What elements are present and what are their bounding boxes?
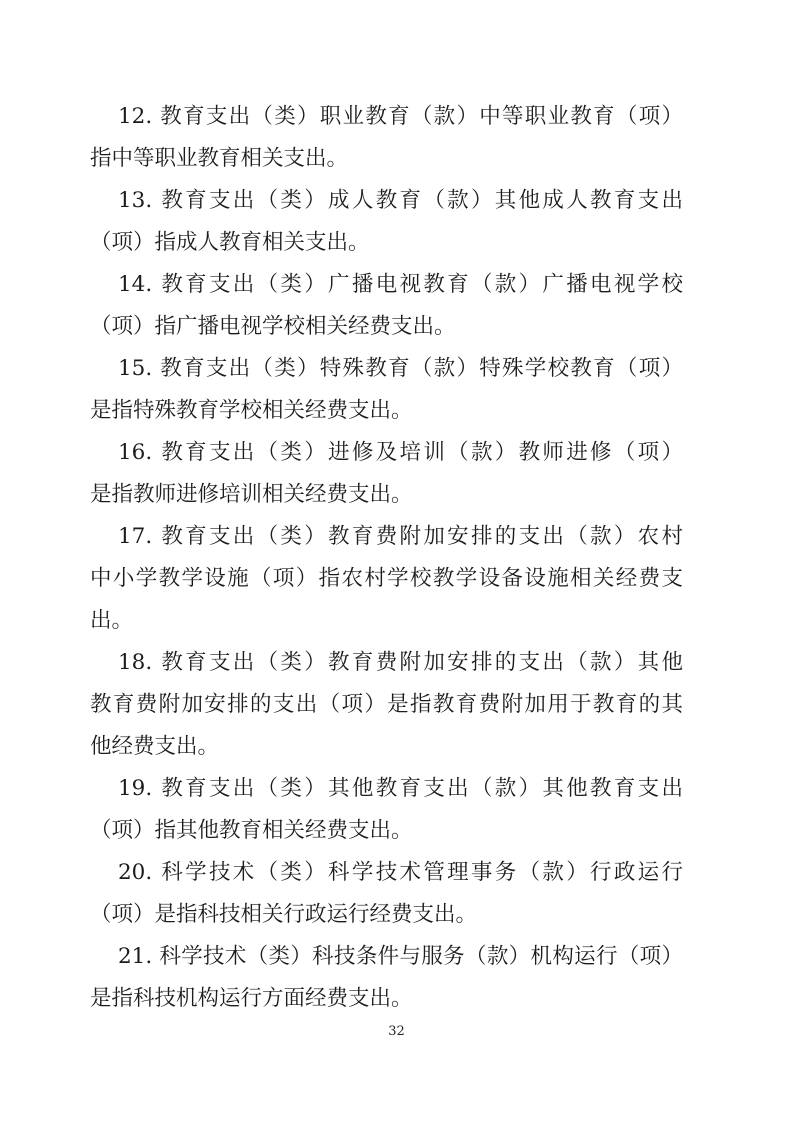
text-line: 16. 教育支出（类）进修及培训（款）教师进修（项） — [90, 432, 683, 474]
paragraph-13: 13. 教育支出（类）成人教育（款）其他成人教育支出 （项）指成人教育相关支出。 — [90, 180, 683, 264]
text-line: 教育费附加安排的支出（项）是指教育费附加用于教育的其 — [90, 684, 683, 726]
text-line: 出。 — [90, 600, 683, 642]
page-number: 32 — [0, 1022, 793, 1042]
text-line: 是指特殊教育学校相关经费支出。 — [90, 390, 683, 432]
text-line: 17. 教育支出（类）教育费附加安排的支出（款）农村 — [90, 516, 683, 558]
paragraph-14: 14. 教育支出（类）广播电视教育（款）广播电视学校 （项）指广播电视学校相关经… — [90, 264, 683, 348]
text-line: 21. 科学技术（类）科技条件与服务（款）机构运行（项） — [90, 936, 683, 978]
text-line: 14. 教育支出（类）广播电视教育（款）广播电视学校 — [90, 264, 683, 306]
paragraph-21: 21. 科学技术（类）科技条件与服务（款）机构运行（项） 是指科技机构运行方面经… — [90, 936, 683, 1020]
paragraph-12: 12. 教育支出（类）职业教育（款）中等职业教育（项） 指中等职业教育相关支出。 — [90, 96, 683, 180]
text-line: （项）指其他教育相关经费支出。 — [90, 810, 683, 852]
paragraph-19: 19. 教育支出（类）其他教育支出（款）其他教育支出 （项）指其他教育相关经费支… — [90, 768, 683, 852]
text-line: 指中等职业教育相关支出。 — [90, 138, 683, 180]
paragraph-20: 20. 科学技术（类）科学技术管理事务（款）行政运行 （项）是指科技相关行政运行… — [90, 852, 683, 936]
document-body: 12. 教育支出（类）职业教育（款）中等职业教育（项） 指中等职业教育相关支出。… — [90, 96, 683, 1020]
text-line: 15. 教育支出（类）特殊教育（款）特殊学校教育（项） — [90, 348, 683, 390]
document-page: 12. 教育支出（类）职业教育（款）中等职业教育（项） 指中等职业教育相关支出。… — [0, 0, 793, 1122]
text-line: 中小学教学设施（项）指农村学校教学设备设施相关经费支 — [90, 558, 683, 600]
text-line: 13. 教育支出（类）成人教育（款）其他成人教育支出 — [90, 180, 683, 222]
text-line: （项）指成人教育相关支出。 — [90, 222, 683, 264]
paragraph-15: 15. 教育支出（类）特殊教育（款）特殊学校教育（项） 是指特殊教育学校相关经费… — [90, 348, 683, 432]
text-line: 12. 教育支出（类）职业教育（款）中等职业教育（项） — [90, 96, 683, 138]
text-line: 20. 科学技术（类）科学技术管理事务（款）行政运行 — [90, 852, 683, 894]
text-line: 是指科技机构运行方面经费支出。 — [90, 978, 683, 1020]
paragraph-17: 17. 教育支出（类）教育费附加安排的支出（款）农村 中小学教学设施（项）指农村… — [90, 516, 683, 642]
text-line: 19. 教育支出（类）其他教育支出（款）其他教育支出 — [90, 768, 683, 810]
text-line: （项）指广播电视学校相关经费支出。 — [90, 306, 683, 348]
text-line: 18. 教育支出（类）教育费附加安排的支出（款）其他 — [90, 642, 683, 684]
text-line: 是指教师进修培训相关经费支出。 — [90, 474, 683, 516]
text-line: 他经费支出。 — [90, 726, 683, 768]
text-line: （项）是指科技相关行政运行经费支出。 — [90, 894, 683, 936]
paragraph-18: 18. 教育支出（类）教育费附加安排的支出（款）其他 教育费附加安排的支出（项）… — [90, 642, 683, 768]
paragraph-16: 16. 教育支出（类）进修及培训（款）教师进修（项） 是指教师进修培训相关经费支… — [90, 432, 683, 516]
